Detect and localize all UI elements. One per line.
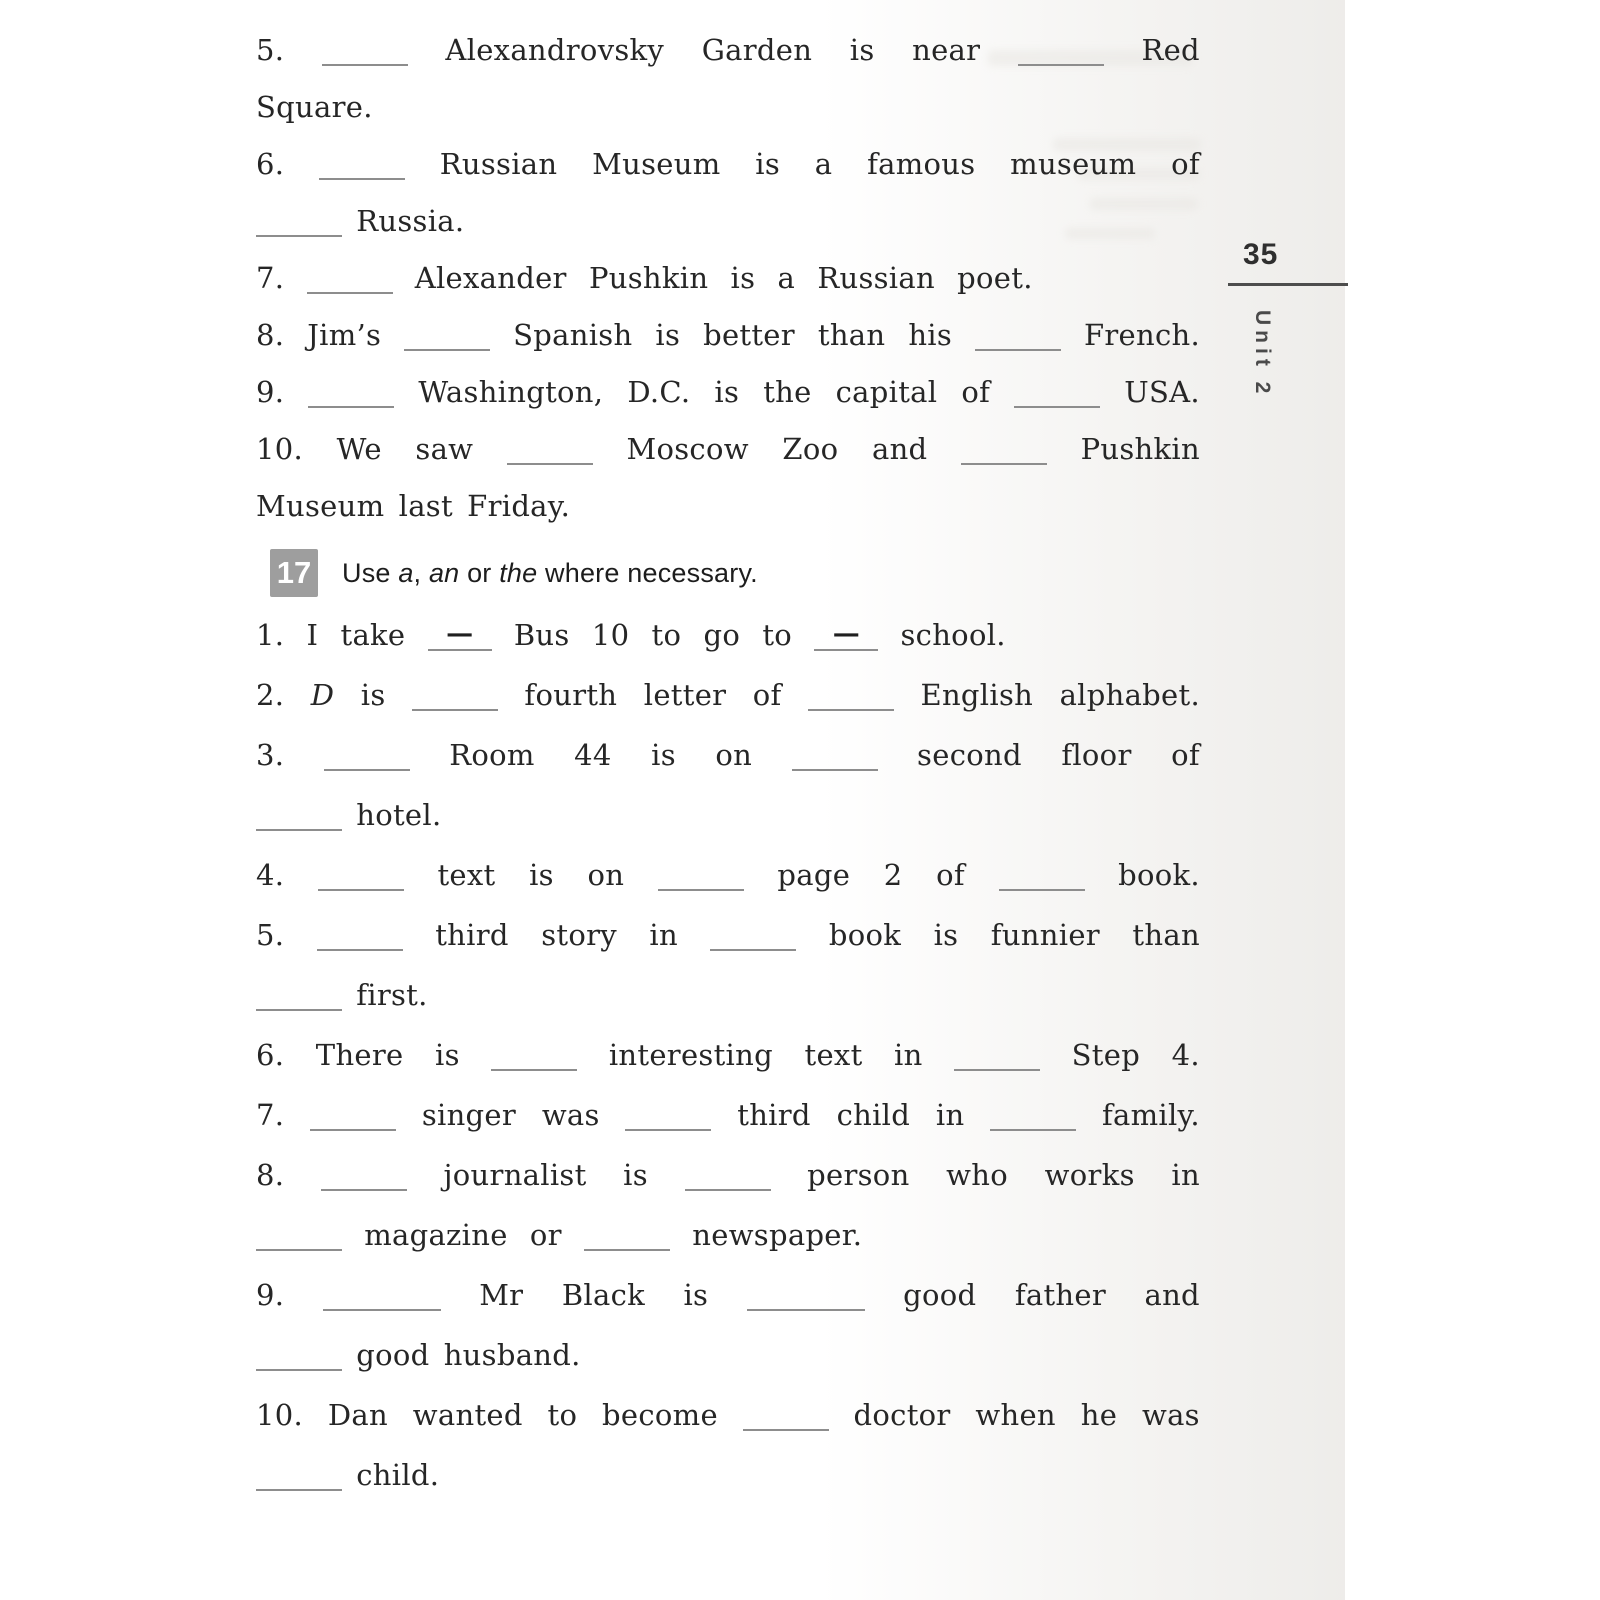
word: journalist bbox=[444, 1145, 587, 1205]
exercise-line: 6. There is interesting text in Step 4. bbox=[256, 1025, 1200, 1085]
exercise-line: 10. Dan wanted to become doctor when he … bbox=[256, 1385, 1200, 1445]
word: who bbox=[946, 1145, 1008, 1205]
word: Museum bbox=[256, 489, 384, 523]
word: of bbox=[1171, 136, 1200, 193]
word: museum bbox=[1010, 136, 1136, 193]
word: works bbox=[1045, 1145, 1135, 1205]
word: on bbox=[715, 725, 752, 785]
dash-answer: — bbox=[428, 620, 492, 647]
answer-blank bbox=[404, 347, 490, 351]
answer-blank bbox=[256, 1487, 342, 1491]
word: in bbox=[894, 1025, 923, 1085]
exercise-17-items: 1. I take — Bus 10 to go to — school.2. … bbox=[256, 605, 1200, 1505]
word: person bbox=[807, 1145, 909, 1205]
word: wanted bbox=[413, 1385, 523, 1445]
word: his bbox=[908, 307, 952, 364]
answer-blank bbox=[743, 1427, 829, 1431]
word: Spanish bbox=[513, 307, 632, 364]
word: USA. bbox=[1124, 364, 1200, 421]
word: a bbox=[778, 261, 796, 295]
word: famous bbox=[867, 136, 975, 193]
word: to bbox=[652, 618, 682, 652]
exercise-line: Square. bbox=[256, 79, 1200, 136]
word: become bbox=[602, 1385, 718, 1445]
word: last bbox=[399, 489, 453, 523]
word: 10. bbox=[256, 1385, 303, 1445]
word: 3. bbox=[256, 725, 284, 785]
word: Moscow bbox=[626, 421, 748, 478]
word: better bbox=[703, 307, 795, 364]
instruction-segment: , bbox=[414, 558, 429, 588]
word: Room bbox=[449, 725, 534, 785]
answer-blank bbox=[658, 887, 744, 891]
word: English bbox=[920, 665, 1033, 725]
word: Russian bbox=[817, 261, 935, 295]
word: singer bbox=[422, 1085, 516, 1145]
answer-blank-dash: — bbox=[428, 647, 492, 651]
answer-blank bbox=[792, 767, 878, 771]
instruction-segment: or bbox=[459, 558, 499, 588]
word: book bbox=[829, 905, 901, 965]
word: text bbox=[437, 845, 495, 905]
exercise-line: 8. Jim’s Spanish is better than his Fren… bbox=[256, 307, 1200, 364]
word: and bbox=[1144, 1265, 1199, 1325]
instruction-segment: an bbox=[429, 558, 459, 588]
exercise-line: 7. Alexander Pushkin is a Russian poet. bbox=[256, 250, 1200, 307]
word: of bbox=[1171, 725, 1200, 785]
answer-blank bbox=[324, 767, 410, 771]
word: magazine bbox=[364, 1218, 507, 1252]
page-content: 5. Alexandrovsky Garden is near RedSquar… bbox=[256, 22, 1200, 1505]
instruction-segment: the bbox=[499, 558, 537, 588]
word: Alexandrovsky bbox=[445, 22, 664, 79]
word: father bbox=[1015, 1265, 1106, 1325]
exercise-17-header: 17 Use a, an or the where necessary. bbox=[270, 543, 1200, 603]
exercise-line: 8. journalist is person who works in bbox=[256, 1145, 1200, 1205]
word: saw bbox=[415, 421, 473, 478]
answer-blank bbox=[710, 947, 796, 951]
word: is bbox=[529, 845, 554, 905]
instruction-segment: a bbox=[398, 558, 413, 588]
answer-blank bbox=[256, 233, 342, 237]
answer-blank bbox=[256, 1007, 342, 1011]
answer-blank bbox=[625, 1127, 711, 1131]
word: husband. bbox=[444, 1338, 581, 1372]
word: 5. bbox=[256, 22, 284, 79]
word: on bbox=[587, 845, 624, 905]
word: was bbox=[542, 1085, 600, 1145]
answer-blank bbox=[318, 887, 404, 891]
word: Washington, bbox=[418, 364, 603, 421]
answer-blank bbox=[961, 461, 1047, 465]
answer-blank bbox=[319, 176, 405, 180]
answer-blank bbox=[412, 707, 498, 711]
word: in bbox=[936, 1085, 965, 1145]
answer-blank bbox=[685, 1187, 771, 1191]
exercise-line: 5. Alexandrovsky Garden is near Red bbox=[256, 22, 1200, 79]
exercise-line: 7. singer was third child in family. bbox=[256, 1085, 1200, 1145]
word: was bbox=[1142, 1385, 1200, 1445]
answer-blank bbox=[307, 290, 393, 294]
word: capital bbox=[836, 364, 938, 421]
word: is bbox=[623, 1145, 648, 1205]
word: text bbox=[805, 1025, 863, 1085]
word: good bbox=[356, 1338, 429, 1372]
word: second bbox=[917, 725, 1022, 785]
answer-blank bbox=[321, 1187, 407, 1191]
word: is bbox=[683, 1265, 708, 1325]
answer-blank-dash: — bbox=[814, 647, 878, 651]
word: Alexander bbox=[415, 261, 567, 295]
word: Friday. bbox=[467, 489, 570, 523]
word: to bbox=[762, 618, 792, 652]
word: Russia. bbox=[356, 204, 464, 238]
word: alphabet. bbox=[1060, 665, 1200, 725]
word: 10 bbox=[592, 618, 630, 652]
word: child bbox=[837, 1085, 911, 1145]
answer-blank bbox=[584, 1247, 670, 1251]
word: letter bbox=[644, 665, 727, 725]
answer-blank bbox=[999, 887, 1085, 891]
word: 7. bbox=[256, 1085, 284, 1145]
word: 9. bbox=[256, 364, 284, 421]
word: and bbox=[872, 421, 927, 478]
word: 8. bbox=[256, 1145, 284, 1205]
word: Step bbox=[1072, 1025, 1140, 1085]
word: than bbox=[818, 307, 886, 364]
word: poet. bbox=[957, 261, 1033, 295]
word: interesting bbox=[609, 1025, 773, 1085]
word: of bbox=[961, 364, 990, 421]
word: I bbox=[307, 618, 319, 652]
word: 2 bbox=[884, 845, 903, 905]
word: is bbox=[731, 261, 756, 295]
word: child. bbox=[356, 1458, 439, 1492]
word: French. bbox=[1084, 307, 1200, 364]
word: first. bbox=[356, 978, 427, 1012]
answer-blank bbox=[1014, 404, 1100, 408]
word: hotel. bbox=[356, 798, 441, 832]
word: 6. bbox=[256, 1025, 284, 1085]
instruction-segment: where necessary. bbox=[537, 558, 758, 588]
exercise-line: magazine or newspaper. bbox=[256, 1205, 1200, 1265]
answer-blank bbox=[308, 404, 394, 408]
word: he bbox=[1081, 1385, 1117, 1445]
answer-blank bbox=[256, 827, 342, 831]
answer-blank bbox=[507, 461, 593, 465]
exercise-instruction: Use a, an or the where necessary. bbox=[342, 558, 758, 589]
word: Bus bbox=[514, 618, 570, 652]
exercise-line: first. bbox=[256, 965, 1200, 1025]
exercise-number-badge: 17 bbox=[270, 549, 318, 597]
word: Mr bbox=[479, 1265, 523, 1325]
word: of bbox=[936, 845, 965, 905]
word: in bbox=[649, 905, 678, 965]
word: is bbox=[934, 905, 959, 965]
word: third bbox=[737, 1085, 811, 1145]
word: near bbox=[912, 22, 980, 79]
word: 6. bbox=[256, 136, 284, 193]
exercise-line: 5. third story in book is funnier than bbox=[256, 905, 1200, 965]
workbook-page: 5. Alexandrovsky Garden is near RedSquar… bbox=[0, 0, 1600, 1600]
word: Red bbox=[1141, 22, 1199, 79]
word: Black bbox=[562, 1265, 645, 1325]
answer-blank bbox=[310, 1127, 396, 1131]
word: is bbox=[361, 665, 386, 725]
word: doctor bbox=[854, 1385, 951, 1445]
exercise-line: 4. text is on page 2 of book. bbox=[256, 845, 1200, 905]
word: D bbox=[311, 665, 335, 725]
answer-blank bbox=[1018, 62, 1104, 66]
exercise-16-items: 5. Alexandrovsky Garden is near RedSquar… bbox=[256, 22, 1200, 535]
exercise-line: 6. Russian Museum is a famous museum of bbox=[256, 136, 1200, 193]
word: Pushkin bbox=[1081, 421, 1200, 478]
word: the bbox=[763, 364, 811, 421]
word: We bbox=[337, 421, 382, 478]
answer-blank bbox=[322, 62, 408, 66]
word: floor bbox=[1061, 725, 1131, 785]
word: than bbox=[1132, 905, 1200, 965]
word: Museum bbox=[592, 136, 720, 193]
word: 44 bbox=[574, 725, 612, 785]
word: when bbox=[975, 1385, 1056, 1445]
instruction-segment: Use bbox=[342, 558, 398, 588]
word: 9. bbox=[256, 1265, 284, 1325]
word: Pushkin bbox=[589, 261, 708, 295]
word: 4. bbox=[256, 845, 284, 905]
answer-blank bbox=[747, 1307, 865, 1311]
word: family. bbox=[1102, 1085, 1200, 1145]
word: page bbox=[777, 845, 850, 905]
exercise-line: 3. Room 44 is on second floor of bbox=[256, 725, 1200, 785]
exercise-line: 10. We saw Moscow Zoo and Pushkin bbox=[256, 421, 1200, 478]
unit-label: Unit 2 bbox=[1250, 310, 1274, 398]
exercise-line: hotel. bbox=[256, 785, 1200, 845]
word: fourth bbox=[524, 665, 617, 725]
word: book. bbox=[1118, 845, 1200, 905]
word: in bbox=[1171, 1145, 1200, 1205]
answer-blank bbox=[975, 347, 1061, 351]
exercise-line: 9. Washington, D.C. is the capital of US… bbox=[256, 364, 1200, 421]
dash-answer: — bbox=[814, 620, 878, 647]
page-number: 35 bbox=[1243, 238, 1278, 272]
exercise-line: 1. I take — Bus 10 to go to — school. bbox=[256, 605, 1200, 665]
word: There bbox=[316, 1025, 404, 1085]
exercise-line: 9. Mr Black is good father and bbox=[256, 1265, 1200, 1325]
word: is bbox=[651, 725, 676, 785]
answer-blank bbox=[317, 947, 403, 951]
word: or bbox=[530, 1218, 562, 1252]
exercise-line: Museum last Friday. bbox=[256, 478, 1200, 535]
word: newspaper. bbox=[692, 1218, 862, 1252]
answer-blank bbox=[990, 1127, 1076, 1131]
word: is bbox=[850, 22, 875, 79]
exercise-line: child. bbox=[256, 1445, 1200, 1505]
word: 8. bbox=[256, 307, 284, 364]
word: 10. bbox=[256, 421, 303, 478]
exercise-line: 2. D is fourth letter of English alphabe… bbox=[256, 665, 1200, 725]
word: is bbox=[714, 364, 739, 421]
answer-blank bbox=[256, 1247, 342, 1251]
word: Jim’s bbox=[307, 307, 381, 364]
word: Square. bbox=[256, 90, 373, 124]
word: is bbox=[755, 136, 780, 193]
word: third bbox=[435, 905, 509, 965]
word: story bbox=[541, 905, 617, 965]
word: to bbox=[548, 1385, 578, 1445]
word: a bbox=[815, 136, 833, 193]
word: take bbox=[340, 618, 405, 652]
word: 7. bbox=[256, 261, 284, 295]
margin-rule bbox=[1228, 283, 1348, 286]
word: D.C. bbox=[627, 364, 690, 421]
word: go bbox=[703, 618, 740, 652]
answer-blank bbox=[256, 1367, 342, 1371]
word: Russian bbox=[440, 136, 558, 193]
word: Garden bbox=[702, 22, 813, 79]
word: 5. bbox=[256, 905, 284, 965]
word: good bbox=[903, 1265, 976, 1325]
exercise-line: good husband. bbox=[256, 1325, 1200, 1385]
word: 2. bbox=[256, 665, 284, 725]
word: of bbox=[753, 665, 782, 725]
word: school. bbox=[900, 618, 1005, 652]
answer-blank bbox=[954, 1067, 1040, 1071]
answer-blank bbox=[808, 707, 894, 711]
word: 4. bbox=[1172, 1025, 1200, 1085]
word: Dan bbox=[328, 1385, 388, 1445]
word: Zoo bbox=[782, 421, 838, 478]
answer-blank bbox=[491, 1067, 577, 1071]
word: is bbox=[435, 1025, 460, 1085]
word: is bbox=[655, 307, 680, 364]
answer-blank bbox=[323, 1307, 441, 1311]
word: funnier bbox=[991, 905, 1100, 965]
word: 1. bbox=[256, 618, 284, 652]
exercise-line: Russia. bbox=[256, 193, 1200, 250]
